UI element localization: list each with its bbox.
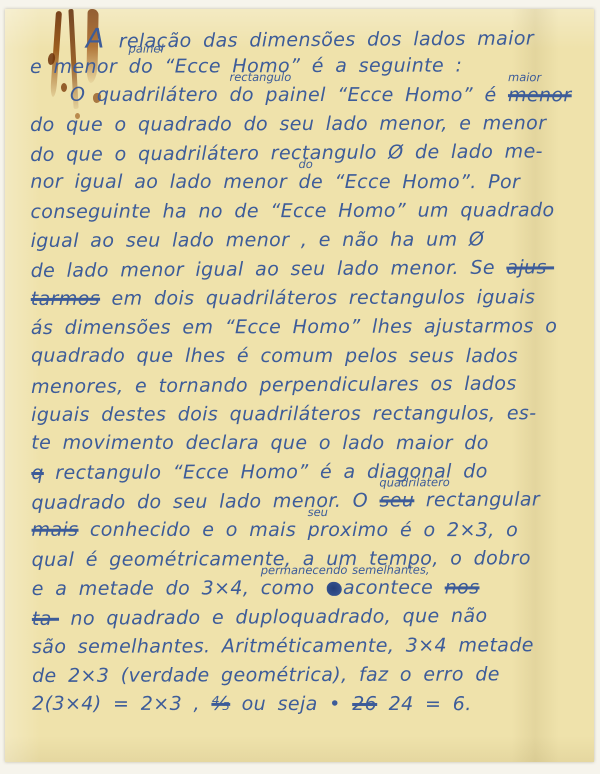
inserted-word-above: rectangulo: [229, 72, 291, 83]
manuscript-text: A relação das dimensões dos lados maiore…: [30, 22, 598, 720]
text-segment: nor igual ao lado menor: [30, 171, 298, 193]
text-line: do que o quadrado do seu lado menor, e m…: [30, 109, 596, 140]
text-segment: iguais destes dois quadriláteros rectang…: [31, 402, 536, 426]
ink-blot: [327, 582, 342, 596]
text-segment: ás dimensões em “Ecce Homo” lhes ajustar…: [31, 315, 557, 339]
text-segment: “Ecce Homo”. Por: [323, 171, 520, 193]
text-segment: acontece: [343, 577, 445, 599]
inserted-word-above: permanecendo semelhantes,: [261, 565, 430, 577]
text-line: do que o quadrilátero rectangulo Ø de la…: [30, 137, 596, 170]
text-segment: e a metade do 3×4,: [32, 577, 261, 600]
text-line: 2(3×4) = 2×3 , ⅘ ou seja • 26 24 = 6.: [32, 690, 598, 719]
struck-word: ⅘: [211, 693, 230, 715]
scanned-manuscript: { "page": { "type": "handwritten manuscr…: [0, 0, 600, 774]
text-line: igual ao seu lado menor , e não ha um Ø: [30, 225, 596, 256]
text-line: ás dimensões em “Ecce Homo” lhes ajustar…: [31, 312, 597, 343]
text-segment: relação das dimensões dos lados maior: [119, 27, 535, 52]
text-segment: 2(3×4) = 2×3 ,: [32, 693, 211, 715]
text-segment: ou seja: [230, 693, 329, 715]
text-segment: igual ao seu lado menor , e não ha um Ø: [31, 228, 485, 252]
text-segment: comopermanecendo semelhantes,: [261, 577, 315, 599]
text-line: e a metade do 3×4, comopermanecendo seme…: [32, 573, 598, 604]
text-segment: de lado menor igual ao seu lado menor. S…: [31, 257, 507, 282]
text-line: de 2×3 (verdade geométrica), faz o erro …: [32, 660, 598, 691]
text-segment: do que o quadrilátero rectangulo Ø de la…: [30, 140, 543, 166]
text-segment: em dois quadriláteros rectangulos iguais: [100, 286, 535, 310]
text-segment: dorectangulo: [229, 84, 254, 106]
text-segment: são semelhantes. Aritméticamente, 3×4 me…: [32, 634, 534, 658]
struck-word: menormaior: [508, 84, 572, 106]
text-segment: “Ecce Homo” é a seguinte :: [153, 54, 462, 77]
struck-word: ta-: [32, 608, 59, 630]
text-line: nor igual ao lado menor dedo “Ecce Homo”…: [30, 168, 596, 197]
text-segment: O quadrilátero: [70, 84, 229, 106]
text-segment: menores, e tornando perpendiculares os l…: [31, 373, 517, 398]
text-segment: conseguinte ha no de “Ecce Homo” um quad…: [30, 199, 554, 223]
struck-word: tarmos: [31, 288, 100, 310]
struck-word: mais: [32, 519, 79, 541]
text-segment: é o 2×3, o: [389, 519, 519, 541]
text-line: iguais destes dois quadriláteros rectang…: [31, 399, 597, 430]
text-segment: [341, 693, 352, 715]
struck-word: 26: [352, 693, 377, 715]
text-line: conseguinte ha no de “Ecce Homo” um quad…: [30, 196, 596, 227]
text-line: são semelhantes. Aritméticamente, 3×4 me…: [32, 631, 598, 662]
text-segment: painel “Ecce Homo” é: [254, 84, 508, 106]
text-line: ta- no quadrado e duploquadrado, que não: [32, 601, 598, 634]
text-segment: conhecido e o mais: [78, 519, 307, 541]
text-segment: e menor: [30, 56, 129, 78]
inserted-word-above: painel: [129, 44, 164, 55]
text-line: de lado menor igual ao seu lado menor. S…: [31, 253, 597, 286]
text-line: q rectangulo “Ecce Homo” é a diagonal do: [31, 457, 597, 488]
inserted-word-above: quadrilatero: [379, 477, 450, 488]
struck-word: q: [31, 462, 44, 484]
text-segment: te movimento declara que o lado maior do: [31, 432, 489, 454]
text-segment: dopainel: [129, 56, 154, 78]
inserted-word-above: do: [298, 159, 312, 170]
text-segment: rectangular: [414, 488, 540, 511]
text-line: quadrado que lhes é comum pelos seus lad…: [31, 342, 597, 371]
paper-sheet: A relação das dimensões dos lados maiore…: [5, 9, 594, 762]
text-segment: de 2×3 (verdade geométrica), faz o erro …: [32, 663, 500, 687]
struck-word: seuquadrilatero: [379, 489, 414, 511]
inserted-word-above: seu: [308, 507, 328, 518]
text-line: mais conhecido e o mais proximoseu é o 2…: [32, 516, 598, 545]
text-segment: 24 = 6.: [377, 693, 472, 715]
text-segment: dedo: [298, 171, 323, 193]
text-segment: do que o quadrado do seu lado menor, e m…: [30, 112, 546, 136]
text-segment: proximoseu: [308, 519, 389, 541]
struck-word: ajus-: [506, 256, 554, 278]
text-line: A relação das dimensões dos lados maior: [30, 21, 596, 54]
text-segment: [315, 577, 327, 599]
text-segment: A: [86, 23, 119, 54]
inserted-word-above: maior: [508, 72, 541, 83]
text-line: O quadrilátero dorectangulo painel “Ecce…: [30, 81, 596, 110]
text-line: tarmos em dois quadriláteros rectangulos…: [31, 283, 597, 314]
struck-word: nos: [445, 576, 480, 598]
text-line: te movimento declara que o lado maior do: [31, 429, 597, 458]
text-segment: •: [329, 693, 341, 715]
text-line: menores, e tornando perpendiculares os l…: [31, 369, 597, 402]
text-segment: quadrado que lhes é comum pelos seus lad…: [31, 345, 518, 367]
text-segment: no quadrado e duploquadrado, que não: [59, 605, 488, 630]
